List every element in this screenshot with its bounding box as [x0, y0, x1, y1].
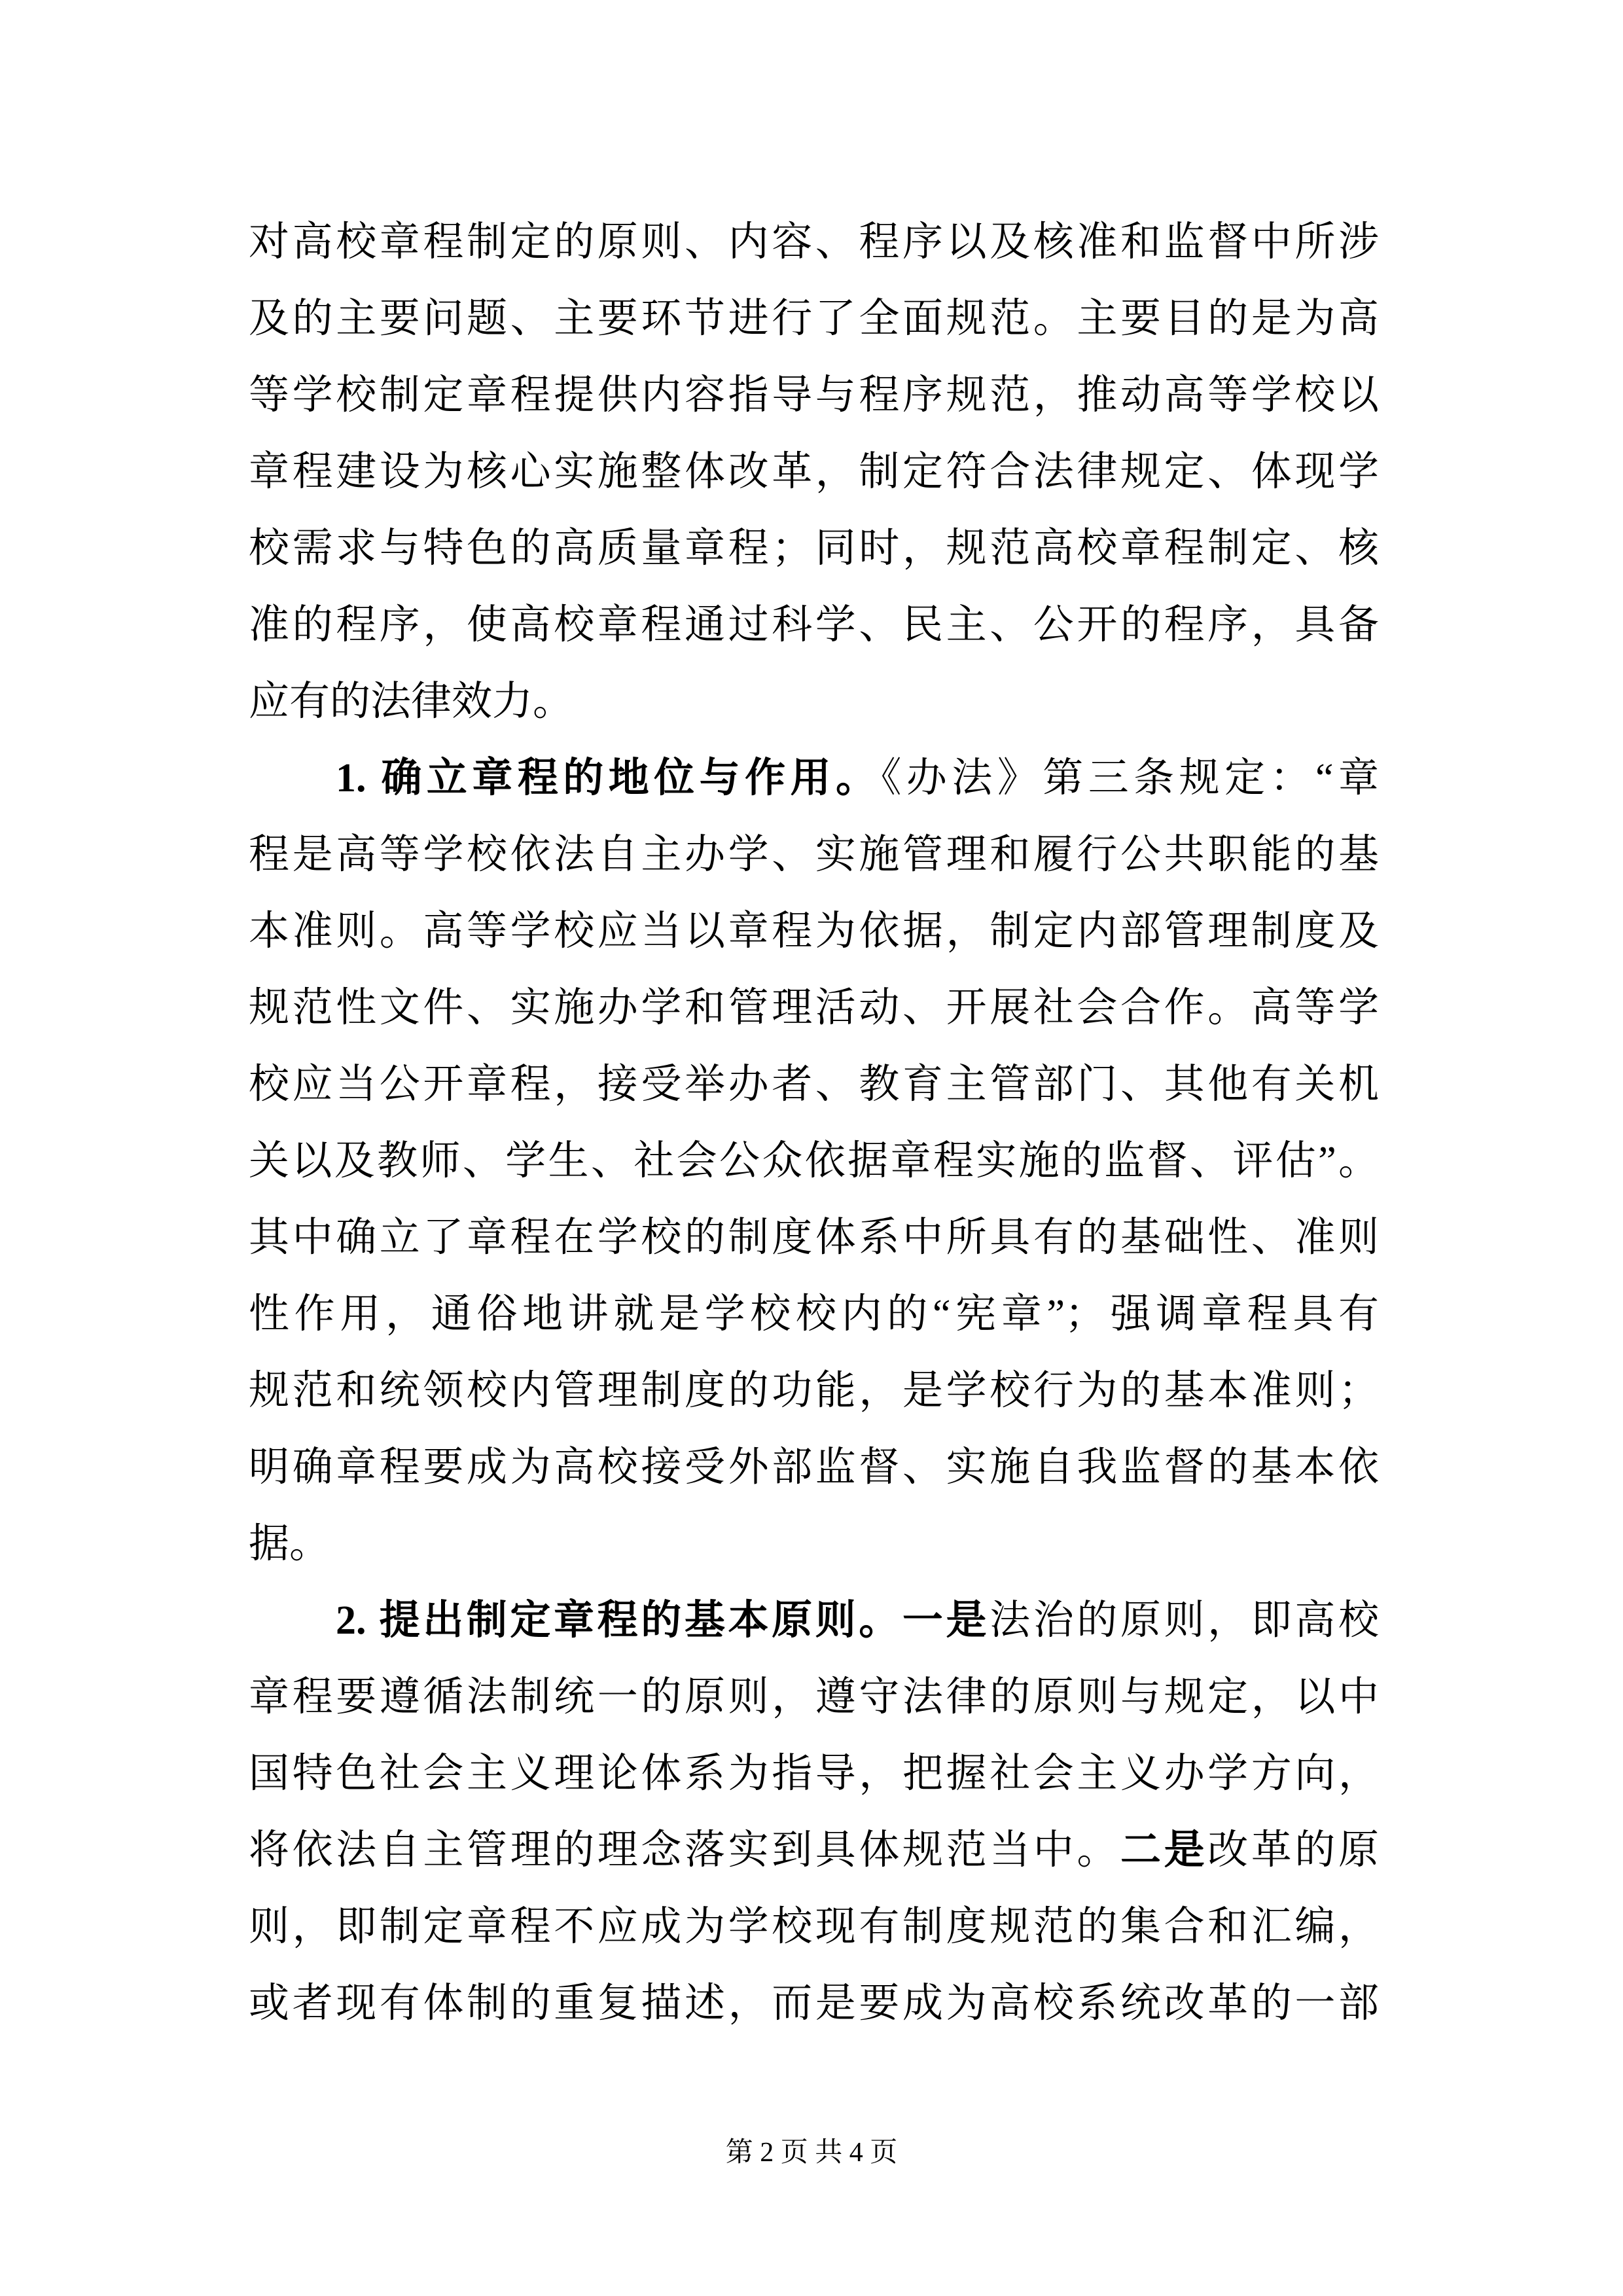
page-footer: 第 2 页 共 4 页: [0, 2132, 1623, 2173]
text-line: 其中确立了章程在学校的制度体系中所具有的基础性、准则: [249, 1200, 1379, 1276]
text-line: 及的主要问题、主要环节进行了全面规范。主要目的是为高: [249, 281, 1379, 357]
text-line: 程是高等学校依法自主办学、实施管理和履行公共职能的基: [249, 817, 1379, 893]
text-line: 规范和统领校内管理制度的功能，是学校行为的基本准则；: [249, 1353, 1379, 1429]
text-line: 国特色社会主义理论体系为指导，把握社会主义办学方向，: [249, 1736, 1379, 1812]
text-line: 本准则。高等学校应当以章程为依据，制定内部管理制度及: [249, 893, 1379, 970]
text-run: 明确章程要成为高校接受外部监督、实施自我监督的基本依: [249, 1445, 1379, 1490]
text-run: 准的程序，使高校章程通过科学、民主、公开的程序，具备: [249, 603, 1379, 647]
text-line: 规范性文件、实施办学和管理活动、开展社会合作。高等学: [249, 970, 1379, 1047]
body-text: 对高校章程制定的原则、内容、程序以及核准和监督中所涉及的主要问题、主要环节进行了…: [249, 204, 1379, 2042]
text-run: 规范性文件、实施办学和管理活动、开展社会合作。高等学: [249, 986, 1379, 1030]
text-line: 章程要遵循法制统一的原则，遵守法律的原则与规定，以中: [249, 1659, 1379, 1736]
text-line: 1. 确立章程的地位与作用。《办法》第三条规定：“章: [249, 740, 1379, 817]
text-line: 章程建设为核心实施整体改革，制定符合法律规定、体现学: [249, 434, 1379, 511]
text-run: 关以及教师、学生、社会公众依据章程实施的监督、评估”。: [249, 1139, 1379, 1183]
text-line: 关以及教师、学生、社会公众依据章程实施的监督、评估”。: [249, 1123, 1379, 1200]
text-line: 则，即制定章程不应成为学校现有制度规范的集合和汇编，: [249, 1889, 1379, 1965]
text-run: 章程要遵循法制统一的原则，遵守法律的原则与规定，以中: [249, 1675, 1379, 1719]
text-run: 对高校章程制定的原则、内容、程序以及核准和监督中所涉: [249, 220, 1379, 264]
text-line: 据。: [249, 1506, 1379, 1583]
text-run: 则，即制定章程不应成为学校现有制度规范的集合和汇编，: [249, 1905, 1379, 1949]
text-run: 据。: [249, 1522, 330, 1566]
text-run: 其中确立了章程在学校的制度体系中所具有的基础性、准则: [249, 1215, 1379, 1260]
text-run: 或者现有体制的重复描述，而是要成为高校系统改革的一部: [249, 1981, 1379, 2026]
text-run: 改革的原: [1207, 1828, 1379, 1873]
text-run: 规范和统领校内管理制度的功能，是学校行为的基本准则；: [249, 1369, 1379, 1413]
text-run: 程是高等学校依法自主办学、实施管理和履行公共职能的基: [249, 833, 1379, 877]
text-line: 或者现有体制的重复描述，而是要成为高校系统改革的一部: [249, 1965, 1379, 2042]
text-run: 章程建设为核心实施整体改革，制定符合法律规定、体现学: [249, 450, 1379, 494]
text-run: 国特色社会主义理论体系为指导，把握社会主义办学方向，: [249, 1751, 1379, 1796]
text-run: 本准则。高等学校应当以章程为依据，制定内部管理制度及: [249, 909, 1379, 954]
text-line: 校应当公开章程，接受举办者、教育主管部门、其他有关机: [249, 1047, 1379, 1123]
text-run: 将依法自主管理的理念落实到具体规范当中。: [249, 1828, 1120, 1873]
text-run: 校需求与特色的高质量章程；同时，规范高校章程制定、核: [249, 526, 1379, 571]
text-line: 对高校章程制定的原则、内容、程序以及核准和监督中所涉: [249, 204, 1379, 281]
bold-text-run: 一是: [902, 1598, 990, 1643]
text-run: 《办法》第三条规定：“章: [881, 756, 1379, 800]
bold-text-run: 2. 提出制定章程的基本原则。: [336, 1598, 902, 1643]
text-line: 应有的法律效力。: [249, 664, 1379, 740]
text-line: 准的程序，使高校章程通过科学、民主、公开的程序，具备: [249, 587, 1379, 664]
text-run: 法治的原则，即高校: [990, 1598, 1379, 1643]
bold-text-run: 二是: [1120, 1828, 1207, 1873]
text-run: 性作用，通俗地讲就是学校校内的“宪章”；强调章程具有: [249, 1292, 1379, 1336]
text-run: 及的主要问题、主要环节进行了全面规范。主要目的是为高: [249, 296, 1379, 341]
text-run: 校应当公开章程，接受举办者、教育主管部门、其他有关机: [249, 1062, 1379, 1107]
text-line: 将依法自主管理的理念落实到具体规范当中。二是改革的原: [249, 1812, 1379, 1889]
text-line: 等学校制定章程提供内容指导与程序规范，推动高等学校以: [249, 357, 1379, 434]
text-line: 明确章程要成为高校接受外部监督、实施自我监督的基本依: [249, 1429, 1379, 1506]
document-page: 对高校章程制定的原则、内容、程序以及核准和监督中所涉及的主要问题、主要环节进行了…: [0, 0, 1623, 2296]
page-number-text: 第 2 页 共 4 页: [726, 2138, 898, 2168]
bold-text-run: 1. 确立章程的地位与作用。: [336, 756, 881, 800]
text-line: 校需求与特色的高质量章程；同时，规范高校章程制定、核: [249, 511, 1379, 587]
text-run: 等学校制定章程提供内容指导与程序规范，推动高等学校以: [249, 373, 1379, 418]
text-line: 2. 提出制定章程的基本原则。一是法治的原则，即高校: [249, 1583, 1379, 1659]
text-run: 应有的法律效力。: [249, 679, 573, 724]
text-line: 性作用，通俗地讲就是学校校内的“宪章”；强调章程具有: [249, 1276, 1379, 1353]
